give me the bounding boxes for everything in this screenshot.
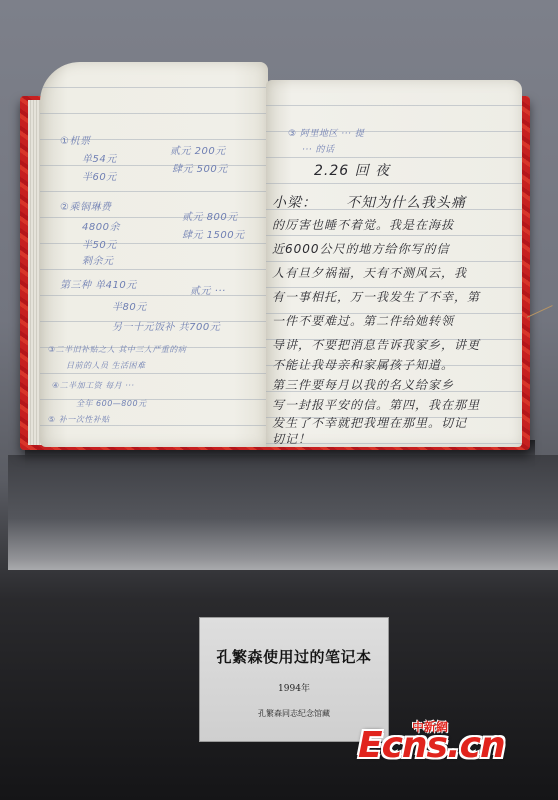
handwriting-line: 人有旦夕祸福，天有不测风云，我 (272, 264, 467, 281)
handwriting-line: 有一事相托，万一我发生了不幸，第 (272, 288, 480, 305)
handwriting-line: 半50元 (82, 236, 117, 251)
exhibit-year: 1994年 (200, 681, 388, 694)
handwriting-line: 导讲，不要把消息告诉我家乡，讲更 (272, 336, 480, 353)
handwriting-line: 的厉害也睡不着觉。我是在海拔 (272, 216, 454, 233)
handwriting-salutation: 小梁： (272, 192, 317, 212)
handwriting-line: ①机票 (60, 132, 90, 147)
handwriting-line: 目前的人员 生活困难 (66, 360, 146, 371)
watermark-logo: Ecns.cn (358, 725, 505, 766)
handwriting-line: ④二半加工资 每月 ··· (52, 380, 134, 391)
handwriting-line: ⑤ 补一次性补贴 (48, 414, 110, 425)
handwriting-line: ③二半旧补贴之人 其中三人严重的病 (48, 344, 186, 355)
handwriting-line: 写一封报平安的信。第四，我在那里 (272, 396, 480, 413)
handwriting-line: 贰元 800元 (182, 208, 238, 223)
handwriting-line: 肆元 500元 (172, 160, 228, 175)
handwriting-line: ②乘铜琳费 (60, 198, 111, 213)
display-case-glass (8, 455, 558, 570)
bookmark-string (527, 305, 558, 336)
handwriting-line: 第三种 单410元 (60, 276, 137, 291)
handwriting-line: 剩余元 (82, 252, 114, 267)
handwriting-line: 贰元 200元 (170, 142, 226, 157)
notebook-left-page: ①机票 单54元 半60元 贰元 200元 肆元 500元 ②乘铜琳费 4800… (40, 62, 268, 447)
handwriting-line: 不能让我母亲和家属孩子知道。 (272, 356, 454, 373)
notebook-right-page: ③ 阿里地区 ··· 提 ··· 的话 2.26 回 夜 小梁： 不知为什么我头… (266, 80, 522, 447)
handwriting-line: 不知为什么我头痛 (346, 192, 466, 212)
handwriting-line: 半60元 (82, 168, 117, 183)
handwriting-line: 全年 600—800元 (76, 398, 147, 409)
handwriting-line: 第三件要每月以我的名义给家乡 (272, 376, 454, 393)
exhibit-collection: 孔繁森同志纪念馆藏 (200, 708, 388, 719)
handwriting-line: 发生了不幸就把我埋在那里。切记 (272, 414, 467, 431)
handwriting-line: 近6000公尺的地方给你写的信 (272, 240, 450, 257)
handwriting-line: 4800余 (82, 218, 120, 233)
handwriting-line: ··· 的话 (302, 142, 334, 155)
handwriting-date: 2.26 回 夜 (314, 160, 390, 180)
handwriting-line: 肆元 1500元 (182, 226, 245, 241)
handwriting-line: 一件不要难过。第二件给她转领 (272, 312, 454, 329)
handwriting-line: 另一十元饭补 共700元 (112, 318, 220, 333)
handwriting-line: 切记！ (272, 430, 311, 447)
handwriting-line: 单54元 (82, 150, 117, 165)
exhibit-label-card: 孔繁森使用过的笔记本 1994年 孔繁森同志纪念馆藏 (199, 617, 389, 742)
handwriting-line: 半80元 (112, 298, 147, 313)
handwriting-line: 贰元 ··· (190, 282, 226, 297)
exhibit-title: 孔繁森使用过的笔记本 (200, 646, 388, 667)
handwriting-line: ③ 阿里地区 ··· 提 (288, 126, 364, 139)
